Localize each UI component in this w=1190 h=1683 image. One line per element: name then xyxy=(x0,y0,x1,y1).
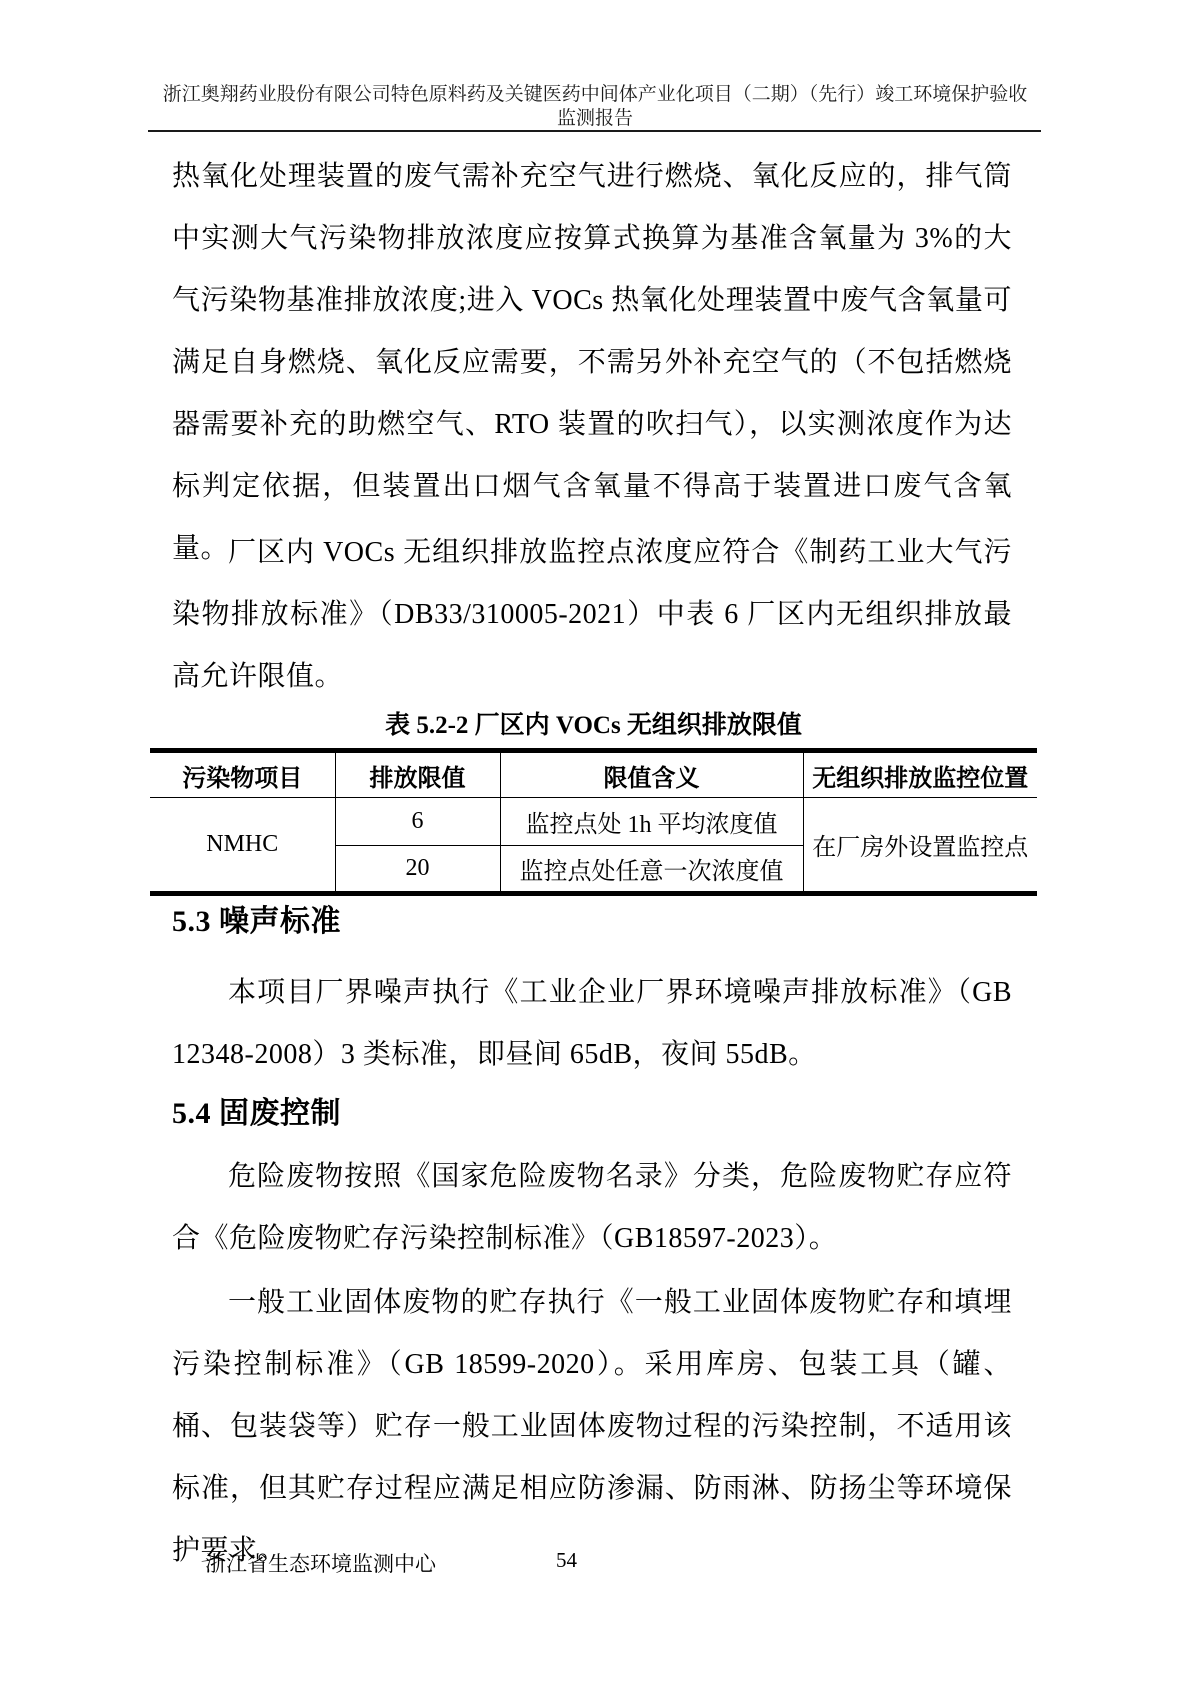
col-header-pollutant: 污染物项目 xyxy=(150,751,335,798)
footer-page-number: 54 xyxy=(556,1548,577,1573)
cell-limit-20: 20 xyxy=(335,846,500,894)
footer-organization: 浙江省生态环境监测中心 xyxy=(205,1548,436,1578)
cell-pollutant-nmhc: NMHC xyxy=(150,798,335,894)
section-5-3-heading: 5.3 噪声标准 xyxy=(172,901,341,943)
page-header: 浙江奥翔药业股份有限公司特色原料药及关键医药中间体产业化项目（二期）（先行）竣工… xyxy=(150,83,1040,131)
cell-meaning-1h-average: 监控点处 1h 平均浓度值 xyxy=(500,798,803,846)
table-header-row: 污染物项目 排放限值 限值含义 无组织排放监控位置 xyxy=(150,751,1037,798)
table-caption: 表 5.2-2 厂区内 VOCs 无组织排放限值 xyxy=(150,706,1037,746)
table-row-limit-1h: NMHC 6 监控点处 1h 平均浓度值 在厂房外设置监控点 xyxy=(150,798,1037,846)
header-divider xyxy=(148,130,1041,132)
cell-monitoring-location: 在厂房外设置监控点 xyxy=(803,798,1037,894)
cell-meaning-any-once: 监控点处任意一次浓度值 xyxy=(500,846,803,894)
header-title-line2: 监测报告 xyxy=(150,107,1040,131)
paragraph-vocs-fugitive-emission: 厂区内 VOCs 无组织排放监控点浓度应符合《制药工业大气污染物排放标准》（DB… xyxy=(172,522,1012,708)
paragraph-hazardous-waste: 危险废物按照《国家危险废物名录》分类，危险废物贮存应符合《危险废物贮存污染控制标… xyxy=(172,1146,1012,1270)
col-header-meaning: 限值含义 xyxy=(500,751,803,798)
header-title-line1: 浙江奥翔药业股份有限公司特色原料药及关键医药中间体产业化项目（二期）（先行）竣工… xyxy=(150,83,1040,107)
paragraph-noise-standard: 本项目厂界噪声执行《工业企业厂界环境噪声排放标准》（GB 12348-2008）… xyxy=(172,962,1012,1086)
paragraph-general-solid-waste: 一般工业固体废物的贮存执行《一般工业固体废物贮存和填埋污染控制标准》（GB 18… xyxy=(172,1272,1012,1582)
section-5-4-heading: 5.4 固废控制 xyxy=(172,1093,341,1135)
vocs-fugitive-limits-table: 污染物项目 排放限值 限值含义 无组织排放监控位置 NMHC 6 监控点处 1h… xyxy=(150,748,1037,896)
document-page: 浙江奥翔药业股份有限公司特色原料药及关键医药中间体产业化项目（二期）（先行）竣工… xyxy=(0,0,1190,1683)
paragraph-thermal-oxidation: 热氧化处理装置的废气需补充空气进行燃烧、氧化反应的，排气筒中实测大气污染物排放浓… xyxy=(172,146,1012,580)
col-header-limit: 排放限值 xyxy=(335,751,500,798)
cell-limit-6: 6 xyxy=(335,798,500,846)
col-header-location: 无组织排放监控位置 xyxy=(803,751,1037,798)
